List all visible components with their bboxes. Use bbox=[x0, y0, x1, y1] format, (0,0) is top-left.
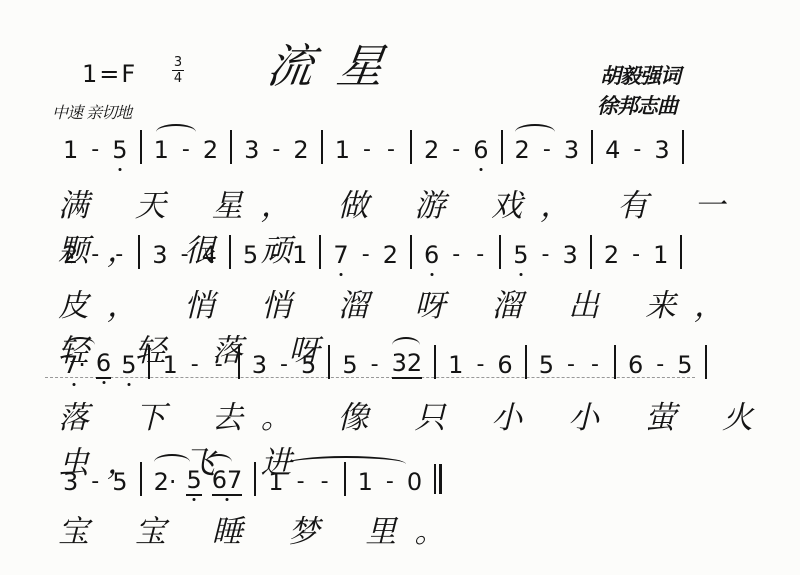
note-dash: - bbox=[294, 468, 308, 496]
note: 5 bbox=[301, 351, 316, 379]
note-low-5: 5 bbox=[513, 241, 528, 269]
measure: 1 - 6 bbox=[436, 351, 525, 379]
note: 3 bbox=[654, 136, 669, 164]
note-dash: - bbox=[449, 241, 463, 269]
measure: 3 - 5 bbox=[240, 351, 329, 379]
measure: 1 - 0 bbox=[346, 468, 435, 496]
measure: 3 - 5 bbox=[55, 468, 140, 496]
measure: 5 - 3 bbox=[501, 241, 590, 269]
notation-line-1: 1 - 5 1 - 2 3 - 2 1 - - 2 - 6 bbox=[55, 130, 684, 164]
measure: 1 - - bbox=[150, 351, 237, 379]
note: 3 bbox=[63, 468, 78, 496]
note-dash: - bbox=[88, 241, 102, 269]
note: 1 bbox=[268, 468, 283, 496]
note: 1 bbox=[162, 351, 177, 379]
note-dash: - bbox=[188, 351, 202, 379]
measure: 5 - - bbox=[527, 351, 614, 379]
note: 3 bbox=[564, 136, 579, 164]
composer-credit: 徐邦志曲 bbox=[597, 90, 677, 120]
note-dash: - bbox=[473, 351, 487, 379]
note-low-67-eighths: 67 bbox=[212, 466, 243, 496]
note-dash: - bbox=[473, 241, 487, 269]
lyricist-credit: 胡毅强词 bbox=[600, 60, 680, 90]
note-dash: - bbox=[88, 468, 102, 496]
note-dash: - bbox=[112, 241, 126, 269]
measure: 2 - 3 bbox=[503, 136, 592, 164]
note-dash: - bbox=[539, 241, 553, 269]
measure: 1 - - bbox=[256, 468, 343, 496]
note-dash: - bbox=[368, 351, 382, 379]
note: 4 bbox=[202, 241, 217, 269]
note-dash: - bbox=[360, 136, 374, 164]
note-dash: - bbox=[269, 136, 283, 164]
note-dash: - bbox=[653, 351, 667, 379]
key-signature: 1=F bbox=[82, 60, 137, 88]
note: 2 bbox=[293, 136, 308, 164]
song-title: 流星 bbox=[263, 30, 412, 96]
note-dash: - bbox=[630, 136, 644, 164]
note: 1 bbox=[154, 136, 169, 164]
note-dash: - bbox=[318, 468, 332, 496]
note: 1 bbox=[292, 241, 307, 269]
note: 2 bbox=[604, 241, 619, 269]
measure: 5 - 32 bbox=[330, 349, 434, 379]
measure: 7 - 2 bbox=[321, 241, 410, 269]
time-denominator: 4 bbox=[174, 72, 182, 85]
note: 1 bbox=[448, 351, 463, 379]
notation-line-2: 2 - - 3 - 4 5 - 1 7 - 2 6 - - 5 bbox=[55, 235, 682, 269]
rest: 0 bbox=[407, 468, 422, 496]
barline bbox=[682, 130, 684, 164]
note: 4 bbox=[605, 136, 620, 164]
final-barline bbox=[434, 464, 442, 494]
measure: 7· 6 5 bbox=[55, 349, 148, 379]
notation-line-4: 3 - 5 2· 5 67 1 - - 1 - 0 bbox=[55, 462, 442, 496]
note: 5 bbox=[539, 351, 554, 379]
note-low-6-eighth: 6 bbox=[96, 349, 111, 379]
measure: 1 - - bbox=[323, 136, 410, 164]
note: 5 bbox=[112, 468, 127, 496]
note: 3 bbox=[563, 241, 578, 269]
measure: 2 - 6 bbox=[412, 136, 501, 164]
note-dash: - bbox=[588, 351, 602, 379]
note: 1 bbox=[63, 136, 78, 164]
barline bbox=[705, 345, 707, 379]
tempo-marking: 中速 亲切地 bbox=[52, 100, 131, 123]
note-dash: - bbox=[88, 136, 102, 164]
note: 1 bbox=[653, 241, 668, 269]
note: 2 bbox=[424, 136, 439, 164]
measure: 3 - 2 bbox=[232, 136, 321, 164]
note: 1 bbox=[358, 468, 373, 496]
time-signature: 3 4 bbox=[172, 56, 184, 85]
note-low-5: 5 bbox=[112, 136, 127, 164]
note-pair-eighths: 32 bbox=[392, 349, 423, 379]
measure: 2 - 1 bbox=[592, 241, 681, 269]
note: 5 bbox=[243, 241, 258, 269]
time-numerator: 3 bbox=[174, 56, 182, 69]
note: 1 bbox=[335, 136, 350, 164]
notation-line-3: 7· 6 5 1 - - 3 - 5 5 - 32 1 - 6 bbox=[55, 345, 707, 379]
barline bbox=[680, 235, 682, 269]
note: 6 bbox=[497, 351, 512, 379]
note-dash: - bbox=[540, 136, 554, 164]
measure: 6 - 5 bbox=[616, 351, 705, 379]
measure: 5 - 1 bbox=[231, 241, 320, 269]
note: 5 bbox=[677, 351, 692, 379]
measure: 3 - 4 bbox=[140, 241, 229, 269]
note-low-7-dotted: 7· bbox=[63, 351, 86, 379]
score-sheet: 1=F 3 4 流星 胡毅强词 徐邦志曲 中速 亲切地 1 - 5 1 - 2 … bbox=[0, 0, 800, 575]
note: 3 bbox=[252, 351, 267, 379]
measure: 1 - 5 bbox=[55, 136, 140, 164]
note-dash: - bbox=[277, 351, 291, 379]
note: 2 bbox=[515, 136, 530, 164]
measure: 1 - 2 bbox=[142, 136, 231, 164]
note-dash: - bbox=[384, 136, 398, 164]
note-dash: - bbox=[178, 241, 192, 269]
measure: 6 - - bbox=[412, 241, 499, 269]
note: 2 bbox=[383, 241, 398, 269]
measure: 2· 5 67 bbox=[142, 466, 255, 496]
note: 2 bbox=[63, 241, 78, 269]
note-dash: - bbox=[449, 136, 463, 164]
note-dash: - bbox=[212, 351, 226, 379]
note-low-5-eighth: 5 bbox=[186, 466, 201, 496]
note-low-5: 5 bbox=[121, 351, 136, 379]
note: 6 bbox=[628, 351, 643, 379]
note: 3 bbox=[244, 136, 259, 164]
note-dash: - bbox=[564, 351, 578, 379]
note: 2 bbox=[203, 136, 218, 164]
lyrics-line-4: 宝 宝 睡 梦 里。 bbox=[58, 506, 463, 551]
note-dash: - bbox=[383, 468, 397, 496]
note-dotted: 2· bbox=[154, 468, 177, 496]
note: 3 bbox=[152, 241, 167, 269]
note-dash: - bbox=[179, 136, 193, 164]
measure: 4 - 3 bbox=[593, 136, 682, 164]
note-low-7: 7 bbox=[333, 241, 348, 269]
note: 5 bbox=[342, 351, 357, 379]
measure: 2 - - bbox=[55, 241, 138, 269]
note-low-6: 6 bbox=[424, 241, 439, 269]
note-low-6: 6 bbox=[473, 136, 488, 164]
note-dash: - bbox=[268, 241, 282, 269]
note-dash: - bbox=[629, 241, 643, 269]
note-dash: - bbox=[359, 241, 373, 269]
